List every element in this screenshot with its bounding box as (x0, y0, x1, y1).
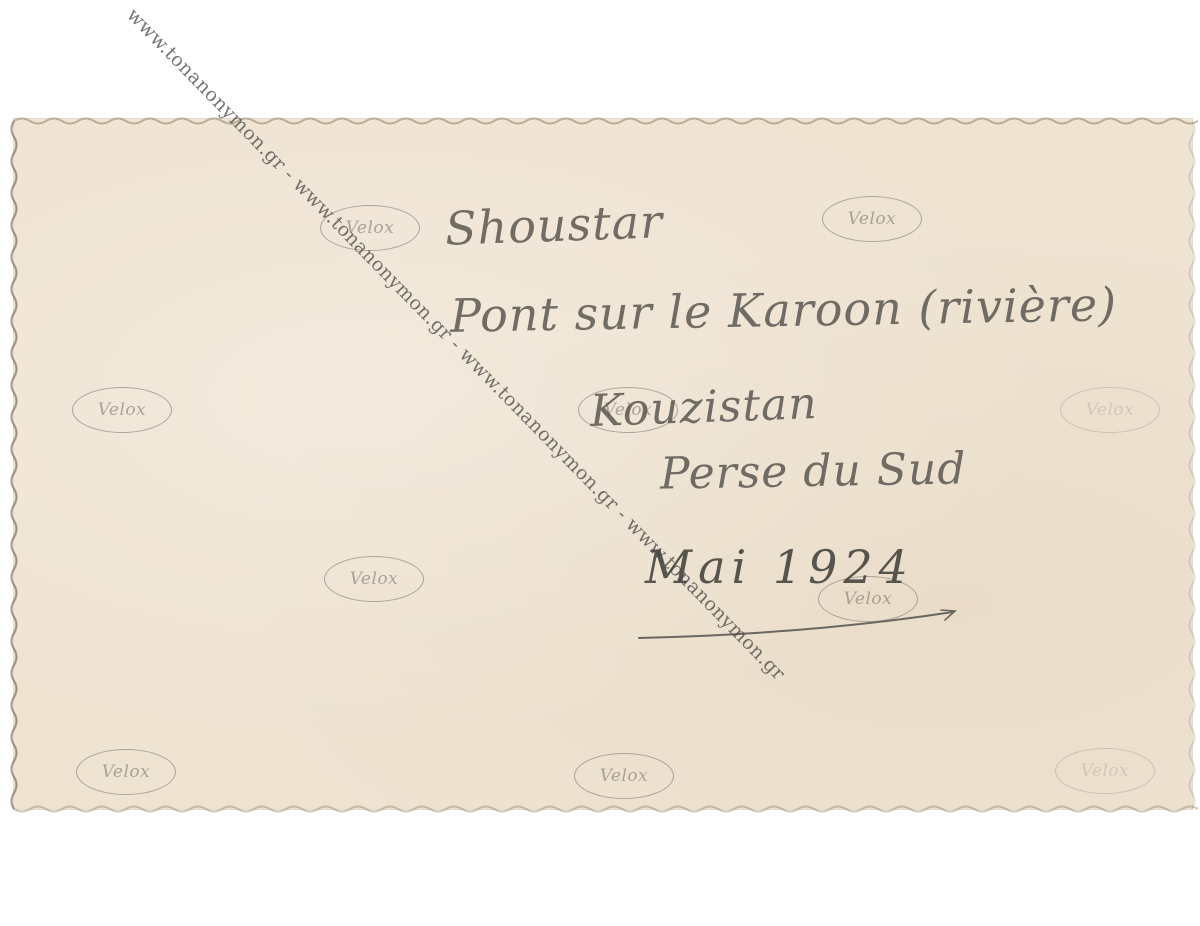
velox-stamp: Velox (324, 556, 424, 602)
velox-stamp: Velox (822, 196, 922, 242)
handwritten-country: Perse du Sud (660, 443, 967, 499)
scan-background: Velox Velox Velox Velox Velox Velox Velo… (0, 0, 1200, 926)
handwritten-place-name: Shoustar (444, 194, 664, 256)
underline-arrow-icon (635, 600, 965, 650)
velox-stamp: Velox (1055, 748, 1155, 794)
handwritten-region: Kouzistan (589, 378, 818, 437)
velox-stamp: Velox (76, 749, 176, 795)
velox-stamp: Velox (72, 387, 172, 433)
velox-stamp: Velox (574, 753, 674, 799)
velox-stamp: Velox (1060, 387, 1160, 433)
